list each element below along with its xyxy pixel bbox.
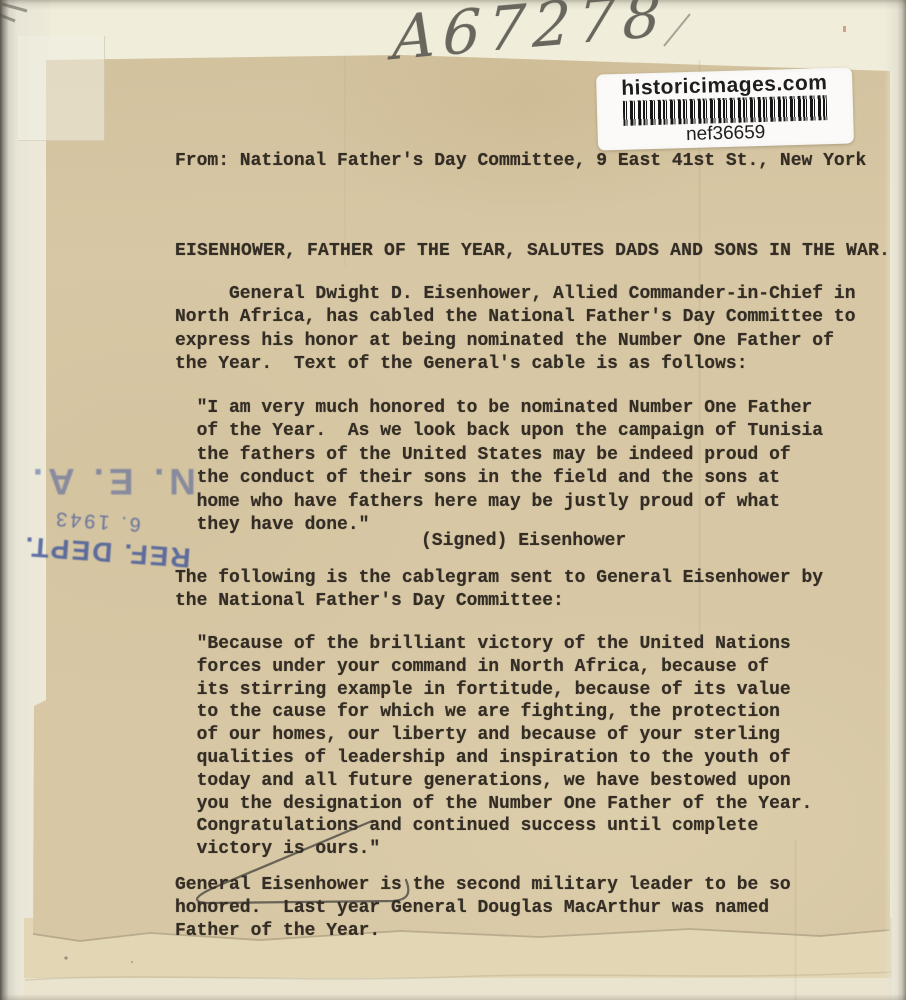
typed-line: to the cause for which we are fighting, …: [175, 701, 812, 724]
typed-line: forces under your command in North Afric…: [175, 656, 812, 679]
press-release-text: From: National Father's Day Committee, 9…: [0, 0, 906, 1000]
typed-line: qualities of leadership and inspiration …: [175, 747, 812, 770]
typed-line: (Signed) Eisenhower: [421, 530, 626, 553]
typed-line: "I am very much honored to be nominated …: [175, 397, 823, 420]
typed-line: of the Year. As we look back upon the ca…: [175, 420, 823, 443]
photo-back-scan: REF. DEPT. 6. 1943 N. E. A. From: Nation…: [0, 0, 906, 1000]
typed-line: the fathers of the United States may be …: [175, 444, 823, 467]
barcode: [623, 95, 828, 126]
typed-line: EISENHOWER, FATHER OF THE YEAR, SALUTES …: [175, 240, 890, 263]
typed-line: General Eisenhower is the second militar…: [175, 874, 791, 897]
typed-line: victory is ours.": [175, 838, 812, 861]
paragraph-intro: General Dwight D. Eisenhower, Allied Com…: [175, 283, 856, 377]
typed-line: The following is the cablegram sent to G…: [175, 567, 823, 590]
paragraph-closing: General Eisenhower is the second militar…: [175, 874, 791, 944]
typed-line: North Africa, has cabled the National Fa…: [175, 306, 856, 329]
typed-line: you the designation of the Number One Fa…: [175, 793, 812, 816]
typed-line: of our homes, our liberty and because of…: [175, 724, 812, 747]
photo-right-edge: [884, 0, 906, 1000]
paragraph-cablegram-intro: The following is the cablegram sent to G…: [175, 567, 823, 614]
sticker-code-text: nef36659: [686, 122, 766, 144]
eisenhower-cable-quote: "I am very much honored to be nominated …: [175, 397, 823, 537]
from-line: From: National Father's Day Committee, 9…: [175, 150, 866, 173]
typed-line: the National Father's Day Committee:: [175, 590, 823, 613]
typed-line: express his honor at being nominated the…: [175, 330, 856, 353]
typed-line: General Dwight D. Eisenhower, Allied Com…: [175, 283, 856, 306]
typed-line: Congratulations and continued success un…: [175, 815, 812, 838]
typed-line: honored. Last year General Douglas MacAr…: [175, 897, 791, 920]
typed-line: home who have fathers here may be justly…: [175, 491, 823, 514]
photo-top-edge: [0, 0, 906, 10]
photo-bottom-edge: [0, 994, 906, 1000]
typed-line: its stirring example in fortitude, becau…: [175, 679, 812, 702]
typed-line: From: National Father's Day Committee, 9…: [175, 150, 866, 173]
committee-cablegram-quote: "Because of the brilliant victory of the…: [175, 633, 812, 861]
typed-line: the conduct of their sons in the field a…: [175, 467, 823, 490]
signed-line: (Signed) Eisenhower: [421, 530, 626, 553]
headline: EISENHOWER, FATHER OF THE YEAR, SALUTES …: [175, 240, 890, 263]
typed-line: today and all future generations, we hav…: [175, 770, 812, 793]
typed-line: the Year. Text of the General's cable is…: [175, 353, 856, 376]
barcode-sticker: historicimages.com nef36659: [596, 67, 854, 150]
typed-line: "Because of the brilliant victory of the…: [175, 633, 812, 656]
typed-line: Father of the Year.: [175, 920, 791, 943]
